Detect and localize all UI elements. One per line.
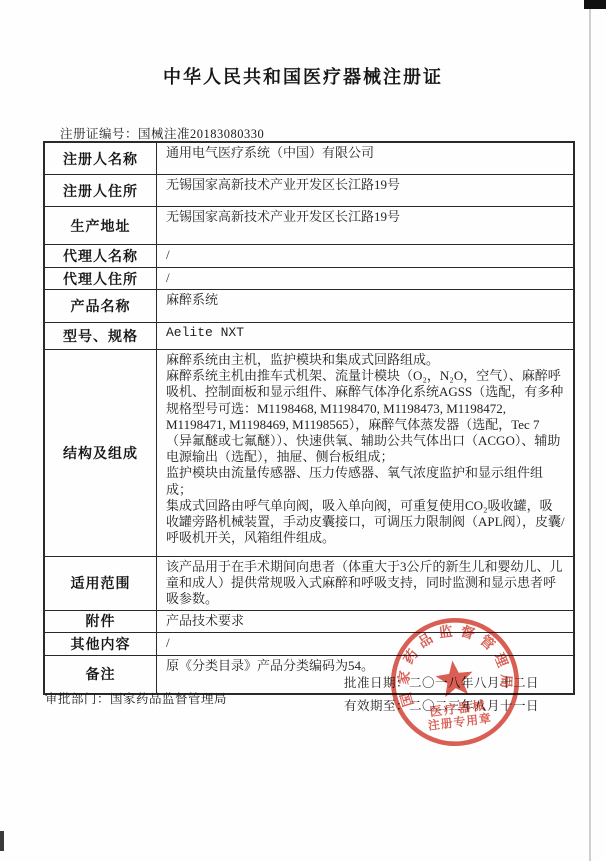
- row-label: 型号、规格: [45, 323, 157, 349]
- row-label: 其他内容: [45, 633, 157, 655]
- row-value: 麻醉系统: [157, 290, 573, 322]
- row-label: 适用范围: [45, 557, 157, 610]
- certificate-page: 中华人民共和国医疗器械注册证 注册证编号：国械注准20183080330 注册人…: [0, 0, 606, 861]
- table-row: 型号、规格 Aelite NXT: [45, 322, 573, 349]
- row-label: 产品名称: [45, 290, 157, 322]
- table-row: 代理人名称 /: [45, 244, 573, 267]
- row-value: 麻醉系统由主机，监护模块和集成式回路组成。 麻醉系统主机由推车式机架、流量计模块…: [157, 350, 573, 556]
- row-label: 备注: [45, 656, 157, 693]
- row-value: 通用电气医疗系统（中国）有限公司: [157, 143, 573, 174]
- row-label: 代理人名称: [45, 245, 157, 267]
- row-value: /: [157, 268, 573, 289]
- row-label: 附件: [45, 611, 157, 632]
- row-value: Aelite NXT: [157, 323, 573, 349]
- valid-until-date: 有效期至：二〇二三年八月十一日: [344, 695, 539, 718]
- scan-corner-mark: [584, 0, 606, 9]
- certificate-number-label: 注册证编号：: [60, 127, 138, 141]
- certificate-number-value: 国械注准20183080330: [138, 127, 264, 141]
- row-label: 生产地址: [45, 207, 157, 244]
- date-block: 批准日期：二〇一八年八月十二日 有效期至：二〇二三年八月十一日: [344, 672, 539, 718]
- row-value: 无锡国家高新技术产业开发区长江路19号: [157, 207, 573, 244]
- row-value: 该产品用于在手术期间向患者（体重大于3公斤的新生儿和婴幼儿、儿童和成人）提供常规…: [157, 557, 573, 610]
- table-row: 产品名称 麻醉系统: [45, 289, 573, 322]
- table-row: 附件 产品技术要求: [45, 610, 573, 632]
- row-label: 注册人名称: [45, 143, 157, 174]
- approval-department: 审批部门：国家药品监督管理局: [45, 689, 227, 707]
- table-row: 生产地址 无锡国家高新技术产业开发区长江路19号: [45, 206, 573, 244]
- row-label: 注册人住所: [45, 175, 157, 206]
- table-row: 代理人住所 /: [45, 267, 573, 289]
- row-label: 代理人住所: [45, 268, 157, 289]
- table-row: 结构及组成 麻醉系统由主机，监护模块和集成式回路组成。 麻醉系统主机由推车式机架…: [45, 349, 573, 556]
- row-value: 无锡国家高新技术产业开发区长江路19号: [157, 175, 573, 206]
- scan-edge-artifact: [589, 0, 591, 861]
- certificate-title: 中华人民共和国医疗器械注册证: [0, 63, 606, 89]
- table-row: 适用范围 该产品用于在手术期间向患者（体重大于3公斤的新生儿和婴幼儿、儿童和成人…: [45, 556, 573, 610]
- table-row: 注册人名称 通用电气医疗系统（中国）有限公司: [45, 143, 573, 174]
- approval-date: 批准日期：二〇一八年八月十二日: [344, 672, 539, 695]
- row-label: 结构及组成: [45, 350, 157, 556]
- row-value: /: [157, 633, 573, 655]
- table-row: 注册人住所 无锡国家高新技术产业开发区长江路19号: [45, 174, 573, 206]
- row-value: /: [157, 245, 573, 267]
- table-row: 其他内容 /: [45, 632, 573, 655]
- scan-corner-mark: [0, 831, 4, 851]
- row-value: 产品技术要求: [157, 611, 573, 632]
- certificate-table: 注册人名称 通用电气医疗系统（中国）有限公司 注册人住所 无锡国家高新技术产业开…: [43, 141, 575, 695]
- certificate-number-line: 注册证编号：国械注准20183080330: [60, 124, 264, 142]
